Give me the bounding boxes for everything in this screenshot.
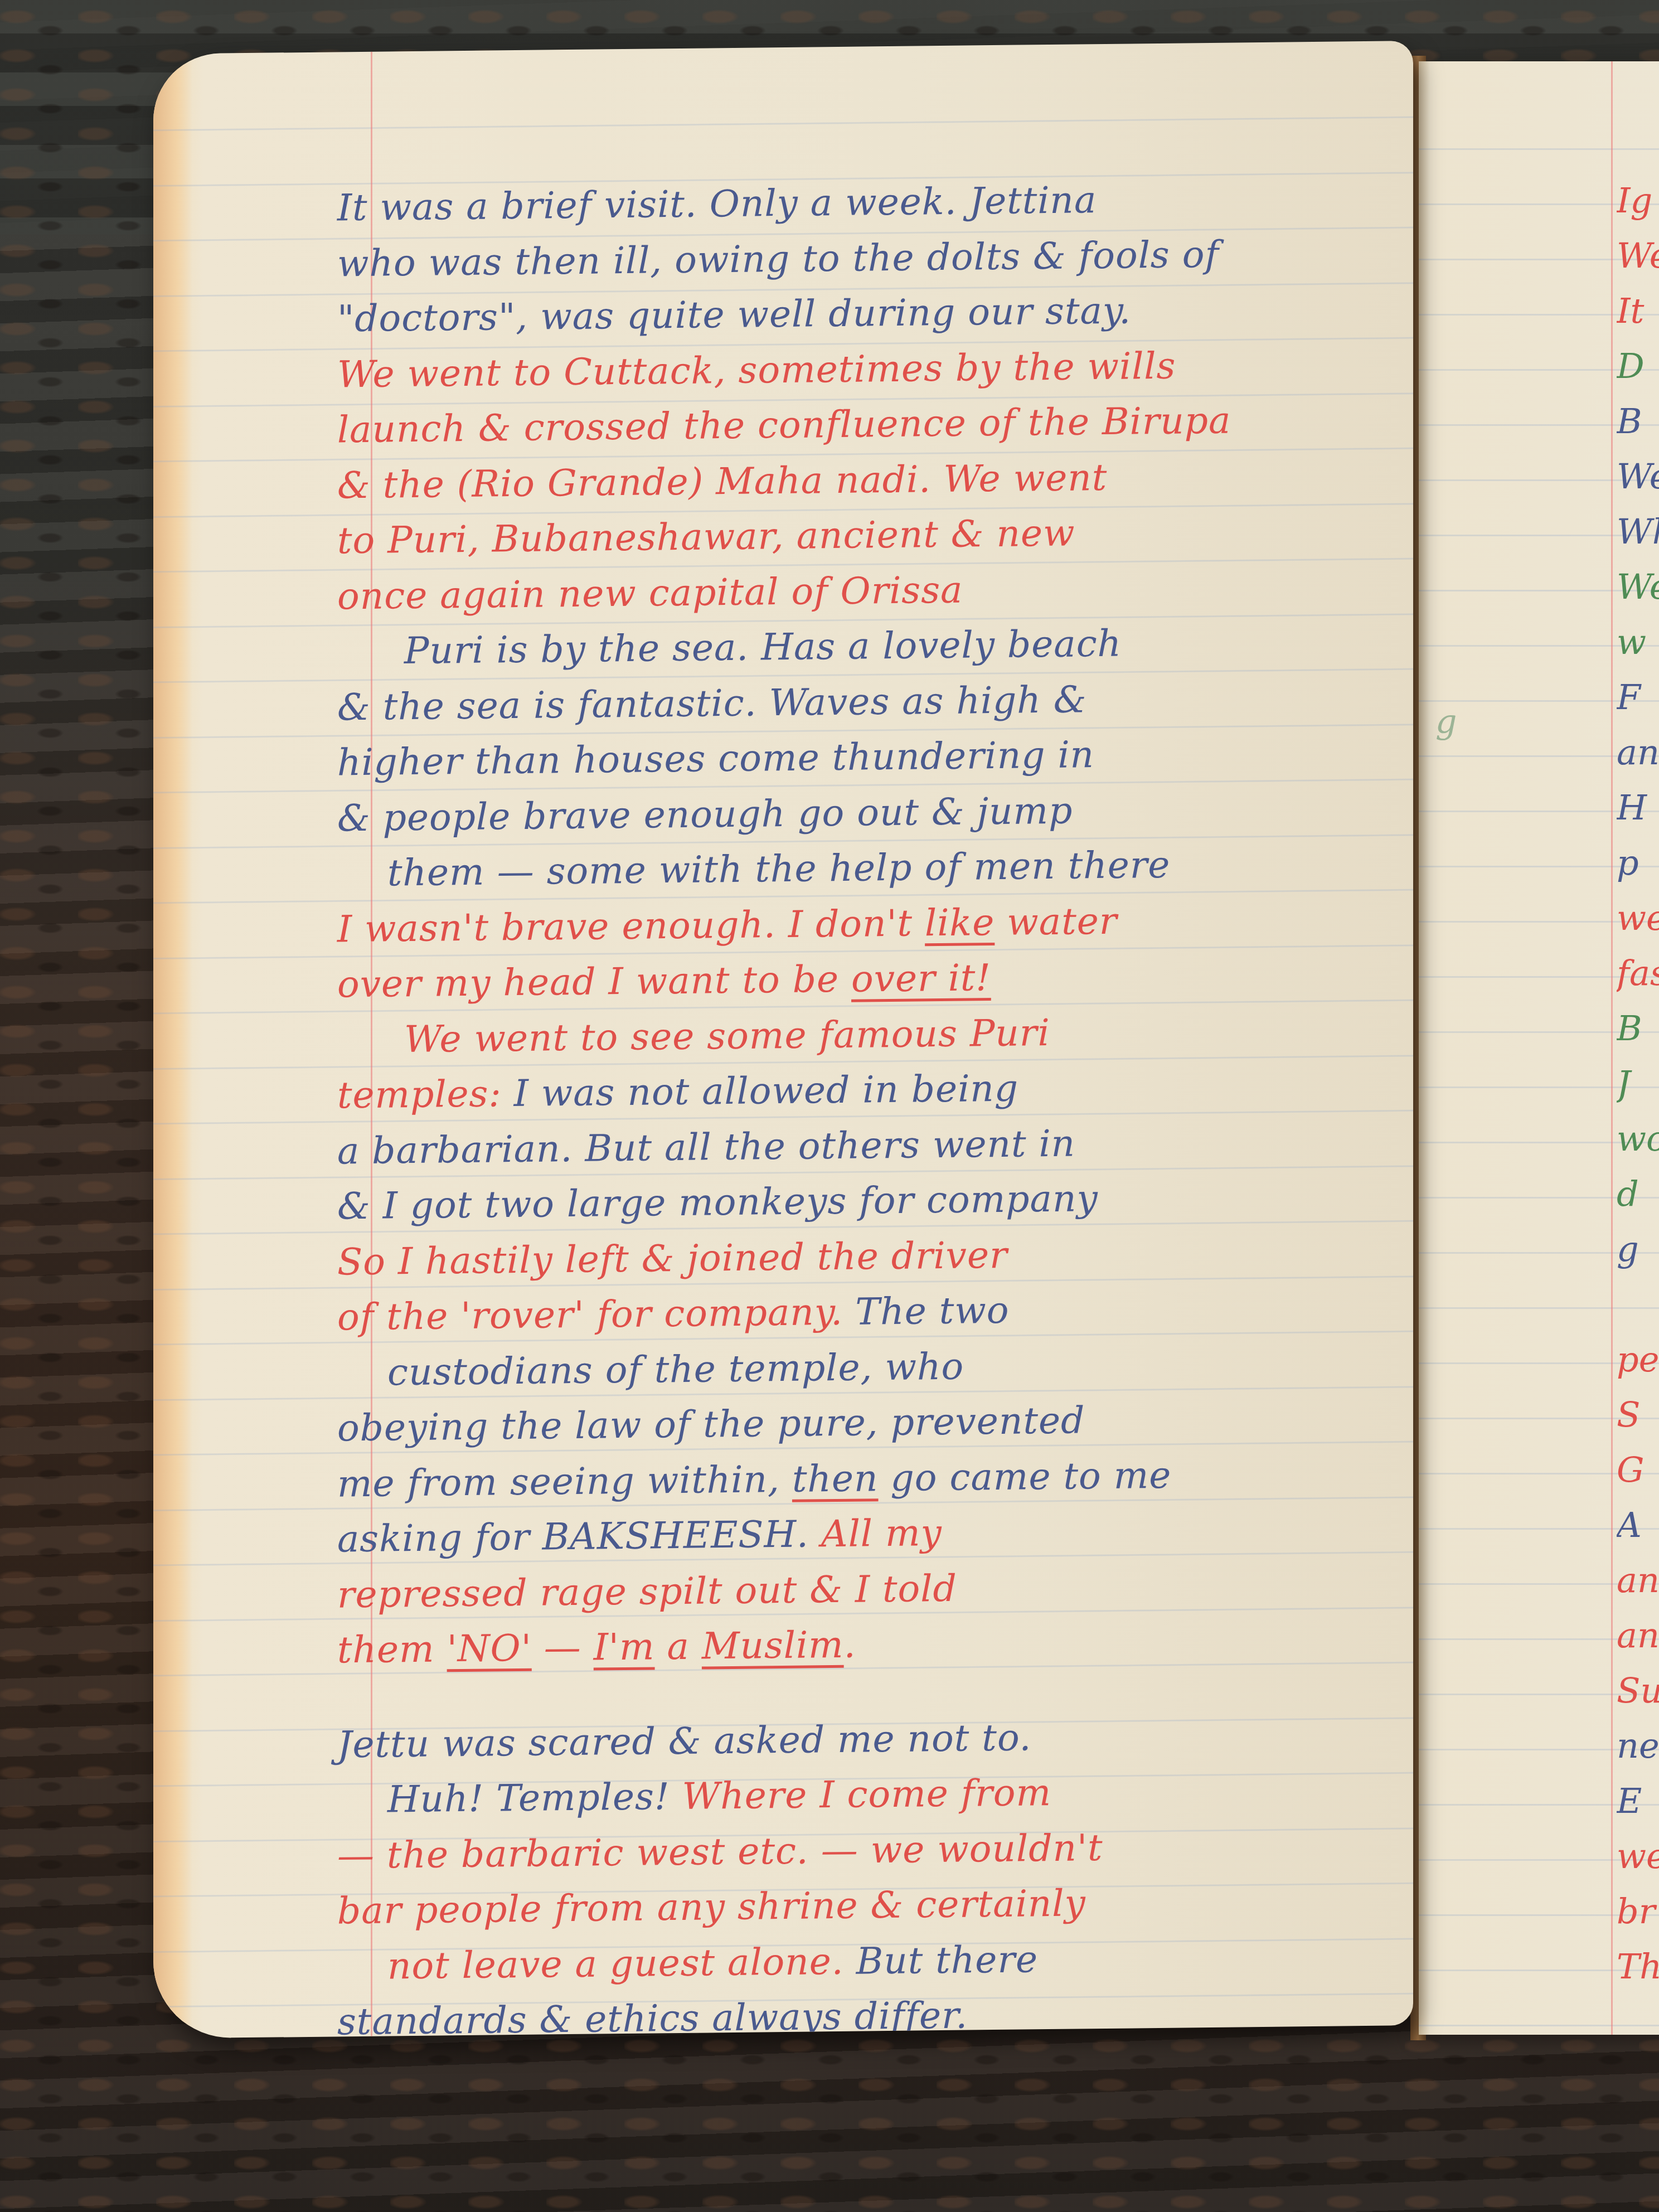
right-page-fragment: It [1617,283,1659,338]
right-page-fragment: We [1617,559,1659,614]
right-page-fragment: H [1617,780,1659,835]
ink-segment-blue: then [792,1457,879,1501]
handwritten-line: obeying the law of the pure, prevented [337,1390,1369,1456]
ink-segment-red: — [532,1626,594,1670]
right-page-fragment: S [1617,1387,1659,1442]
right-page-fragment: D [1617,338,1659,394]
right-page-fragment: pe [1617,1332,1659,1387]
ink-segment-red: repressed rage spilt out & I told [337,1566,957,1616]
handwritten-line: not leave a guest alone. But there [337,1928,1369,1995]
ink-segment-blue: Puri is by the sea. Has a lovely beach [337,622,1122,673]
ink-segment-blue: But there [856,1938,1038,1982]
ink-segment-red: We went to Cuttack, sometimes by the wil… [337,344,1176,396]
handwritten-line: them — some with the help of men there [337,835,1369,901]
right-page-fragment: g [1617,1221,1659,1277]
ink-segment-red: All my [821,1511,942,1555]
ink-segment-blue: a barbarian. But all the others went in [337,1122,1075,1172]
ink-segment-red: bar people from any shrine & certainly [337,1881,1086,1932]
ink-segment-blue: asking for BAKSHEESH. [337,1512,821,1560]
handwritten-line: bar people from any shrine & certainly [337,1873,1369,1939]
ink-segment-blue: & I got two large monkeys for company [337,1177,1098,1228]
right-page-fragment: Su [1617,1663,1659,1718]
right-page-fragment: We [1617,228,1659,283]
handwritten-line: temples: I was not allowed in being [337,1057,1369,1123]
ink-segment-red: to Puri, Bubaneshawar, ancient & new [337,512,1075,562]
right-page-fragment: w [1617,614,1659,670]
ink-segment-blue: higher than houses come thundering in [337,733,1094,784]
handwritten-line: to Puri, Bubaneshawar, ancient & new [337,502,1369,569]
handwritten-line: launch & crossed the confluence of the B… [337,391,1369,458]
right-page-fragment: E [1617,1773,1659,1828]
ink-segment-red: of the 'rover' for company. [337,1291,855,1339]
ink-segment-red: over my head I want to be [337,958,851,1006]
right-page-fragment: A [1617,1497,1659,1553]
handwritten-line: me from seeing within, then go came to m… [337,1445,1369,1512]
right-page-fragment: Ig [1617,173,1659,228]
ink-segment-red: So I hastily left & joined the driver [337,1233,1008,1283]
ink-segment-red: Where I come from [682,1771,1051,1818]
handwritten-line: & the sea is fantastic. Waves as high & [337,669,1369,735]
ink-segment-blue: who was then ill, owing to the dolts & f… [337,232,1219,285]
handwritten-line: We went to see some famous Puri [337,1002,1369,1068]
journal-entry: It was a brief visit. Only a week. Jetti… [337,169,1369,2039]
right-page-fragment: we [1617,1828,1659,1884]
ink-segment-blue: go came to me [879,1453,1172,1500]
ink-segment-red: them [337,1627,447,1671]
right-page: g IgWeItDBWeWhWewFanHpwefasBJwodgpeSGAan… [1419,61,1659,2035]
handwritten-line: We went to Cuttack, sometimes by the wil… [337,336,1369,402]
right-page-fragment: G [1617,1442,1659,1497]
handwritten-line: custodians of the temple, who [337,1335,1369,1401]
ink-segment-red: Muslim [702,1623,844,1668]
handwritten-line: So I hastily left & joined the driver [337,1224,1369,1290]
ink-segment-red: I'm [594,1625,655,1668]
right-page-text: IgWeItDBWeWhWewFanHpwefasBJwodgpeSGAanan… [1617,173,1659,1994]
handwritten-line: It was a brief visit. Only a week. Jetti… [337,169,1369,236]
ink-segment-red: once again new capital of Orissa [337,568,963,618]
ink-segment-blue: & people brave enough go out & jump [337,789,1073,840]
right-page-fragment: an [1617,725,1659,780]
handwritten-line: "doctors", was quite well during our sta… [337,280,1369,347]
handwritten-line: higher than houses come thundering in [337,724,1369,790]
right-page-fragment [1617,1277,1659,1332]
ink-segment-red: water [995,899,1117,943]
right-page-fragment: wo [1617,1111,1659,1166]
ink-segment-blue: them — some with the help of men there [337,843,1170,895]
right-page-fragment: an [1617,1608,1659,1663]
ink-segment-blue: & the sea is fantastic. Waves as high & [337,678,1087,729]
right-page-fragment: fas [1617,945,1659,1001]
handwritten-line: Jettu was scared & asked me not to. [337,1706,1369,1773]
handwritten-line: Huh! Temples! Where I come from [337,1762,1369,1828]
right-page-fragment: J [1617,1056,1659,1111]
right-page-fragment: We [1617,449,1659,504]
handwritten-line: & people brave enough go out & jump [337,780,1369,846]
handwritten-line: repressed rage spilt out & I told [337,1556,1369,1623]
ink-segment-red: . [844,1623,856,1666]
ink-segment-red: & the (Rio Grande) Maha nadi. We went [337,455,1107,506]
handwritten-line: & I got two large monkeys for company [337,1168,1369,1234]
margin-line [1611,61,1613,2035]
handwritten-line: asking for BAKSHEESH. All my [337,1501,1369,1567]
handwritten-line: Puri is by the sea. Has a lovely beach [337,613,1369,680]
handwritten-line: I wasn't brave enough. I don't like wate… [337,891,1369,957]
ink-segment-red: temples: [337,1072,514,1117]
ink-segment-red: not leave a guest alone. [337,1939,856,1988]
ink-segment-red: over it! [851,956,991,1001]
ink-segment-red: — the barbaric west etc. — we wouldn't [337,1826,1103,1876]
ink-segment-blue: The two [855,1289,1009,1333]
ink-segment-blue: custodians of the temple, who [337,1345,964,1394]
right-page-fragment: B [1617,394,1659,449]
ink-segment-blue: obeying the law of the pure, prevented [337,1399,1085,1449]
margin-mark: g [1435,702,1457,741]
ink-segment-blue: me from seeing within, [337,1457,792,1505]
right-page-fragment: Wh [1617,504,1659,559]
ink-segment-blue: It was a brief visit. Only a week. Jetti… [337,178,1097,229]
ink-segment-red: launch & crossed the confluence of the B… [337,399,1231,452]
handwritten-line: who was then ill, owing to the dolts & f… [337,225,1369,292]
right-page-fragment: br [1617,1884,1659,1939]
right-page-fragment: B [1617,1001,1659,1056]
handwritten-line: & the (Rio Grande) Maha nadi. We went [337,447,1369,513]
ink-segment-red: like [925,901,995,944]
ink-segment-blue: I was not allowed in being [514,1067,1018,1115]
right-page-fragment: an [1617,1553,1659,1608]
handwritten-line: once again new capital of Orissa [337,558,1369,624]
right-page-fragment: we [1617,890,1659,945]
handwritten-line: over my head I want to be over it! [337,946,1369,1012]
handwritten-line: — the barbaric west etc. — we wouldn't [337,1817,1369,1884]
right-page-fragment: p [1617,835,1659,890]
ink-segment-blue: Huh! Temples! [337,1775,682,1821]
ink-segment-red: We went to see some famous Puri [337,1011,1050,1061]
ink-segment-red: I wasn't brave enough. I don't [337,901,925,950]
right-page-fragment: F [1617,670,1659,725]
right-page-fragment: d [1617,1166,1659,1221]
handwritten-line: a barbarian. But all the others went in [337,1113,1369,1179]
ink-segment-blue: Jettu was scared & asked me not to. [337,1716,1031,1766]
right-page-fragment: ne [1617,1718,1659,1773]
handwritten-line: of the 'rover' for company. The two [337,1279,1369,1345]
ink-segment-red: 'NO' [447,1627,532,1671]
handwritten-line: them 'NO' — I'm a Muslim. [337,1612,1369,1678]
ink-segment-blue: "doctors", was quite well during our sta… [337,289,1131,340]
left-page: It was a brief visit. Only a week. Jetti… [153,41,1413,2039]
ink-segment-red: a [655,1625,702,1668]
right-page-fragment: Th [1617,1939,1659,1994]
